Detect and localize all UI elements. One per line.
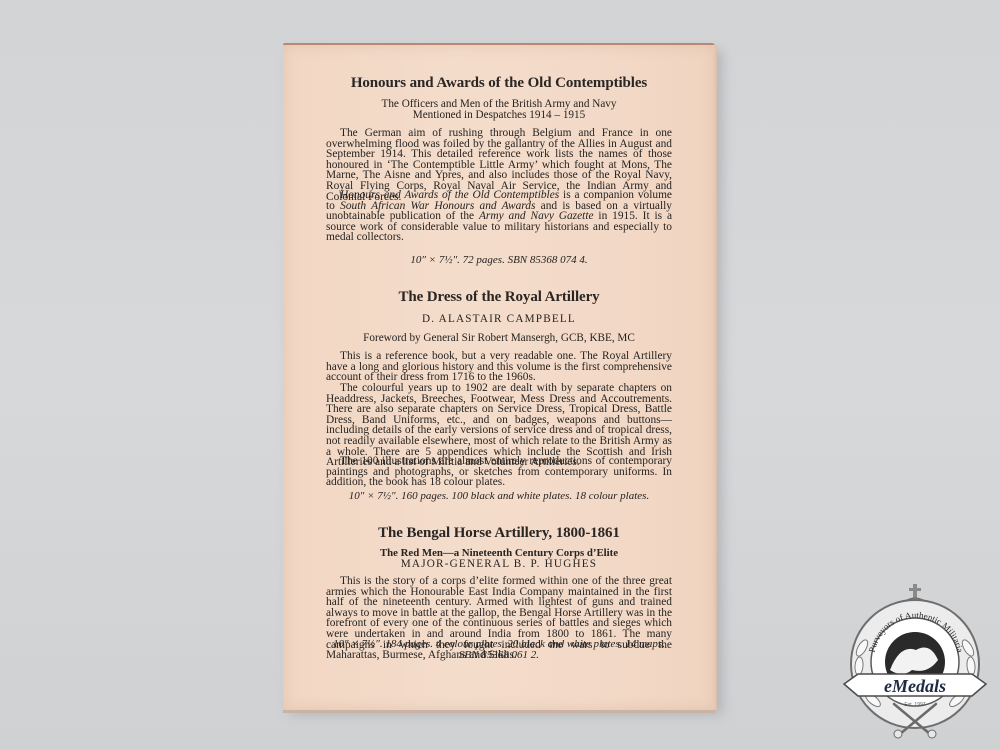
brand-text: eMedals (884, 676, 946, 696)
section-subtitle-line1: The Officers and Men of the British Army… (326, 99, 672, 110)
section-author: D. ALASTAIR CAMPBELL (326, 313, 672, 325)
established-text: Est. 1997 (904, 702, 925, 708)
section-subtitle: The Red Men—a Nineteenth Century Corps d… (326, 548, 672, 559)
emedals-logo-badge: Purveyors of Authentic Militaria eMedals… (838, 578, 993, 746)
emedals-logo-icon: Purveyors of Authentic Militaria eMedals… (838, 578, 993, 746)
section-foreword: Foreword by General Sir Robert Manserg­h… (326, 333, 672, 344)
section-paragraph: The 100 illustrations are almost entirel… (326, 456, 672, 488)
section-title-bengal-horse-artillery: The Bengal Horse Artillery, 1800-1861 (326, 524, 672, 542)
section-title-dress-royal-artillery: The Dress of the Royal Artillery (326, 288, 672, 306)
section-spec-line2: SBN 85368 061 2. (326, 650, 672, 661)
section-spec: 10″ × 7½″. 160 pages. 100 black and whit… (326, 491, 672, 502)
section-spec: 10″ × 7½″. 72 pages. SBN 85368 074 4. (326, 255, 672, 266)
section-paragraph: This is a reference book, but a very rea… (326, 351, 672, 383)
section-paragraph-companion: Honours and Awards of the Old Contemptib… (326, 190, 672, 243)
book-bottom-edge (283, 710, 715, 713)
section-author: MAJOR-GENERAL B. P. HUGHES (326, 558, 672, 570)
section-subtitle-line2: Mentioned in Despatches 1914 – 1915 (326, 110, 672, 121)
book-back-cover: Honours and Awards of the Old Contemptib… (283, 43, 715, 710)
book-edge (713, 45, 717, 710)
section-title-old-contemptibles: Honours and Awards of the Old Contemptib… (326, 74, 672, 92)
